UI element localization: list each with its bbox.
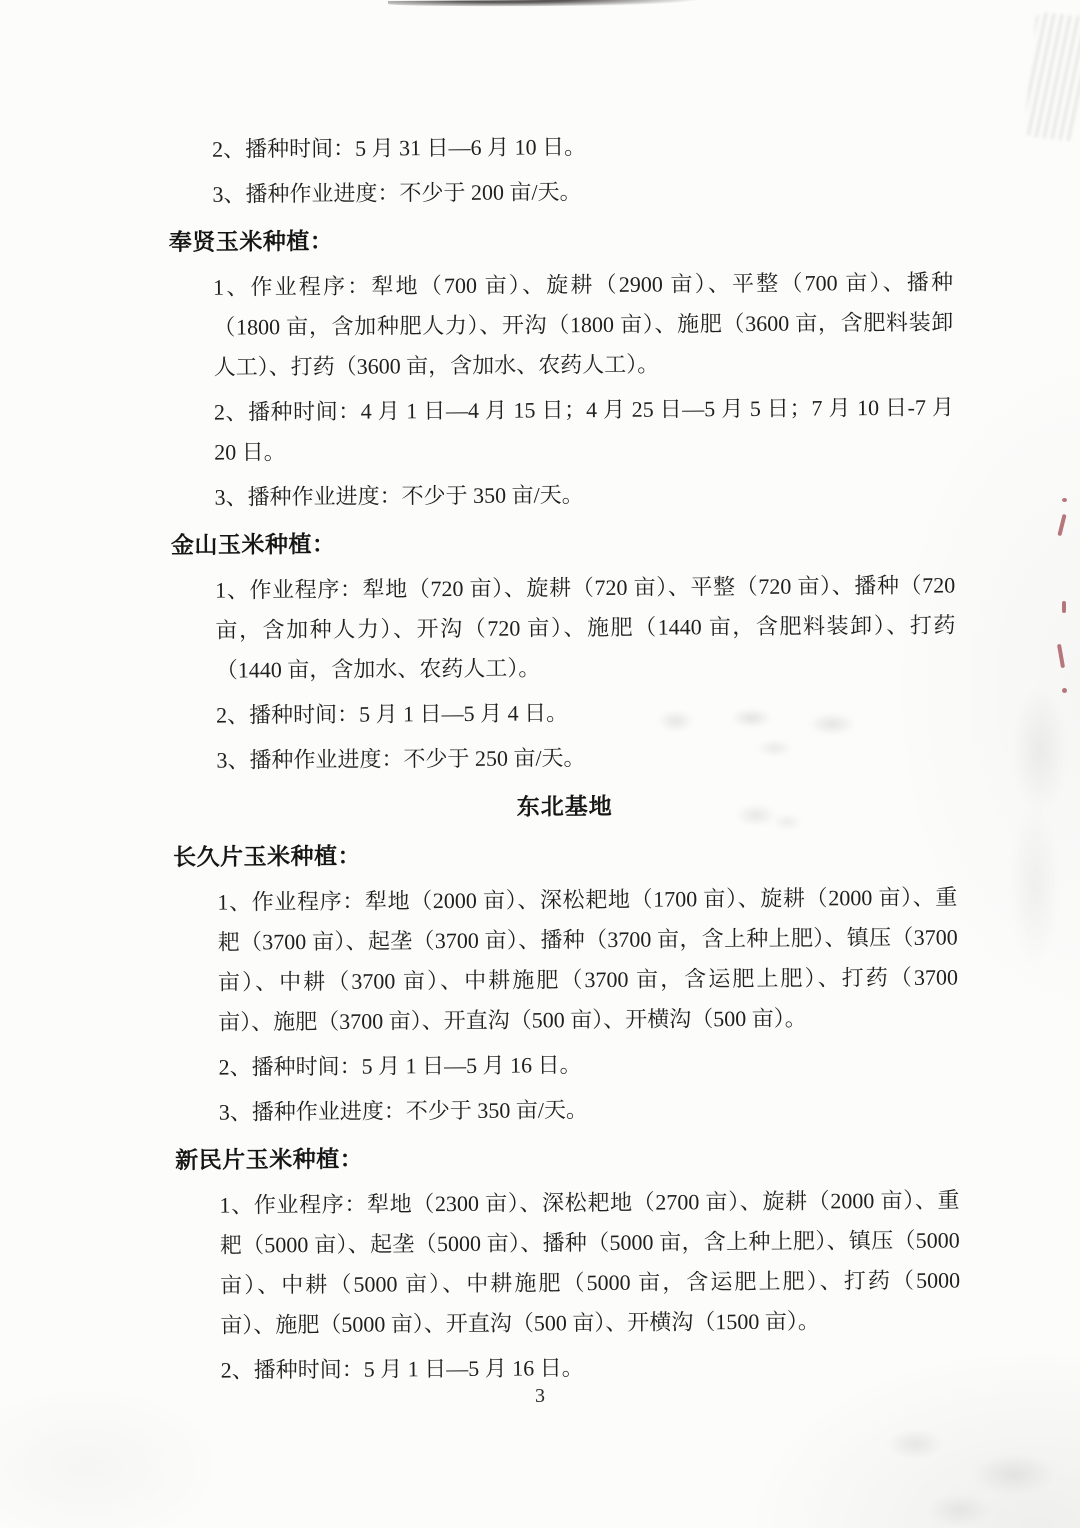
list-item-procedure: 1、作业程序：犁地（2300 亩）、深松耙地（2700 亩）、旋耕（2000 亩… <box>219 1181 960 1346</box>
list-item-sowing-time: 2、播种时间：5 月 31 日—6 月 10 日。 <box>212 125 952 170</box>
document-body: 2、播种时间：5 月 31 日—6 月 10 日。 3、播种作业进度：不少于 2… <box>168 125 961 1391</box>
section-heading-changjiu: 长久片玉米种植： <box>173 833 957 878</box>
red-bleed-mark <box>1062 688 1067 693</box>
page-number: 3 <box>0 1385 1080 1408</box>
section-heading-xinmin: 新民片玉米种植： <box>175 1136 959 1181</box>
red-bleed-mark <box>1057 514 1066 536</box>
list-item-sowing-time: 2、播种时间：4 月 1 日—4 月 15 日；4 月 25 日—5 月 5 日… <box>214 388 955 473</box>
scan-artifact-top-edge <box>388 0 703 7</box>
section-heading-jinshan: 金山玉米种植： <box>171 521 955 566</box>
red-bleed-mark <box>1057 644 1065 668</box>
scan-smudge-top-right <box>1024 12 1080 142</box>
base-heading-northeast: 东北基地 <box>173 785 957 830</box>
list-item-sowing-time: 2、播种时间：5 月 1 日—5 月 16 日。 <box>221 1345 961 1390</box>
bleed-through-ghost-patch <box>980 690 1080 990</box>
red-bleed-mark <box>1062 601 1066 613</box>
list-item-sowing-progress: 3、播种作业进度：不少于 200 亩/天。 <box>212 170 952 215</box>
list-item-procedure: 1、作业程序：犁地（700 亩）、旋耕（2900 亩）、平整（700 亩）、播种… <box>213 263 954 388</box>
red-bleed-mark <box>1062 498 1067 502</box>
list-item-sowing-progress: 3、播种作业进度：不少于 250 亩/天。 <box>216 736 956 781</box>
list-item-procedure: 1、作业程序：犁地（720 亩）、旋耕（720 亩）、平整（720 亩）、播种（… <box>215 566 956 691</box>
scan-mottle-bottom-right <box>860 1408 1080 1528</box>
list-item-sowing-progress: 3、播种作业进度：不少于 350 亩/天。 <box>219 1088 959 1133</box>
section-heading-fengxian: 奉贤玉米种植： <box>169 218 953 263</box>
list-item-sowing-time: 2、播种时间：5 月 1 日—5 月 4 日。 <box>216 691 956 736</box>
list-item-procedure: 1、作业程序：犁地（2000 亩）、深松耙地（1700 亩）、旋耕（2000 亩… <box>217 878 958 1043</box>
list-item-sowing-progress: 3、播种作业进度：不少于 350 亩/天。 <box>214 473 954 518</box>
list-item-sowing-time: 2、播种时间：5 月 1 日—5 月 16 日。 <box>218 1043 958 1088</box>
scanned-document-page: 2、播种时间：5 月 31 日—6 月 10 日。 3、播种作业进度：不少于 2… <box>0 0 1080 1528</box>
